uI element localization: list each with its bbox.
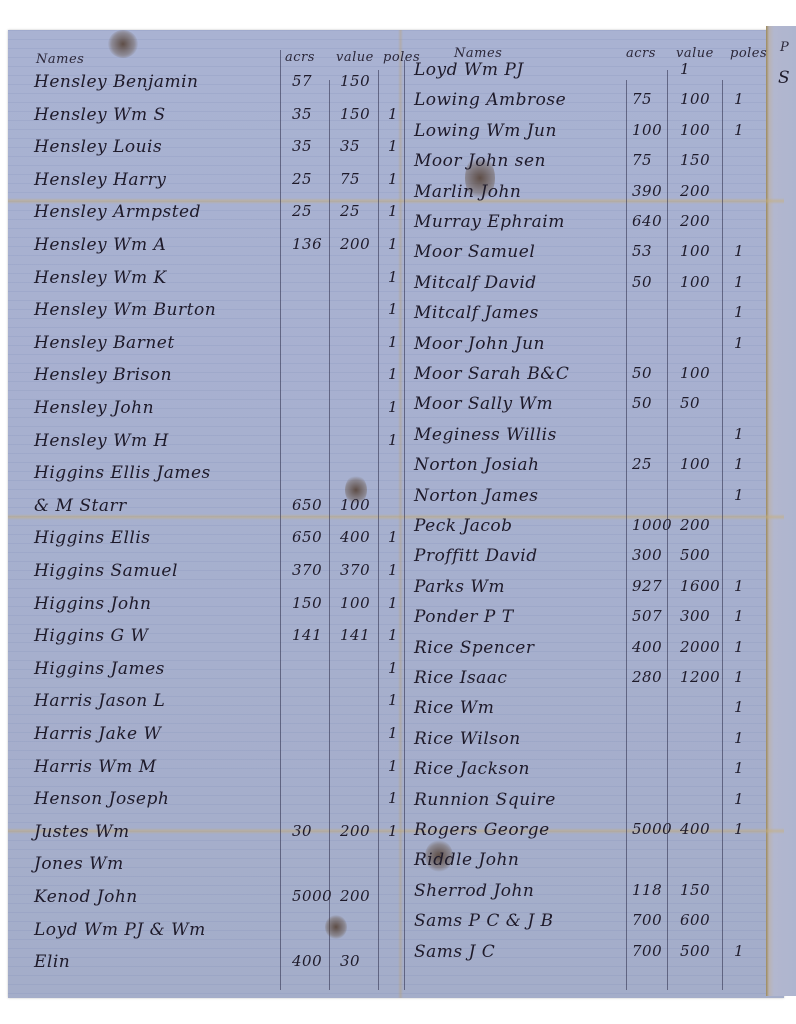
row-acres: 30: [292, 822, 312, 840]
row-acres: 75: [632, 151, 652, 169]
header-names: Names: [36, 52, 84, 67]
row-value: 150: [340, 105, 370, 123]
row-name: Hensley Wm Burton: [34, 300, 216, 320]
row-acres: 390: [632, 182, 662, 200]
paper-fold: [398, 30, 403, 998]
row-polls: 1: [734, 638, 744, 656]
row-polls: 1: [734, 577, 744, 595]
row-polls: 1: [388, 170, 398, 188]
row-polls: 1: [388, 137, 398, 155]
row-acres: 100: [632, 121, 662, 139]
row-polls: 1: [388, 594, 398, 612]
row-name: Higgins Samuel: [34, 561, 178, 581]
row-polls: 1: [734, 820, 744, 838]
row-name: Higgins John: [34, 594, 152, 614]
row-value: 1200: [680, 668, 720, 686]
row-value: 300: [680, 607, 710, 625]
row-value: 100: [680, 273, 710, 291]
column-rule: [329, 80, 330, 990]
row-value: 400: [680, 820, 710, 838]
row-acres: 700: [632, 942, 662, 960]
row-value: 200: [680, 516, 710, 534]
row-name: Harris Jason L: [34, 691, 165, 711]
row-name: Higgins James: [34, 659, 165, 679]
row-acres: 640: [632, 212, 662, 230]
row-polls: 1: [734, 273, 744, 291]
row-value: 200: [340, 822, 370, 840]
row-name: Proffitt David: [414, 546, 538, 566]
row-value: 200: [340, 887, 370, 905]
row-acres: 25: [292, 170, 312, 188]
next-page-fragment: P: [780, 40, 789, 55]
row-name: Rice Isaac: [414, 668, 507, 688]
row-acres: 650: [292, 496, 322, 514]
row-name: Norton James: [414, 486, 539, 506]
row-value: 75: [340, 170, 360, 188]
row-name: Hensley Harry: [34, 170, 166, 190]
row-name: Moor Sarah B&C: [414, 364, 569, 384]
row-acres: 507: [632, 607, 662, 625]
row-acres: 136: [292, 235, 322, 253]
row-polls: 1: [734, 759, 744, 777]
row-polls: 1: [388, 268, 398, 286]
row-value: 100: [680, 364, 710, 382]
row-acres: 35: [292, 137, 312, 155]
row-acres: 53: [632, 242, 652, 260]
next-page-edge: P S: [766, 26, 796, 996]
row-value: 1600: [680, 577, 720, 595]
row-value: 200: [340, 235, 370, 253]
row-polls: 1: [388, 789, 398, 807]
row-value: 400: [340, 528, 370, 546]
row-acres: 50: [632, 394, 652, 412]
row-value: 200: [680, 212, 710, 230]
row-acres: 5000: [632, 820, 672, 838]
row-polls: 1: [734, 942, 744, 960]
row-polls: 1: [388, 822, 398, 840]
row-acres: 300: [632, 546, 662, 564]
row-name: Parks Wm: [414, 577, 505, 597]
ink-stain: [108, 30, 138, 58]
row-name: Mitcalf James: [414, 303, 539, 323]
row-polls: 1: [388, 691, 398, 709]
row-polls: 1: [734, 121, 744, 139]
header-acres: acrs: [626, 46, 656, 61]
row-name: Riddle John: [414, 850, 519, 870]
row-name: Hensley Wm K: [34, 268, 167, 288]
row-value: 2000: [680, 638, 720, 656]
row-name: Hensley Wm A: [34, 235, 166, 255]
row-name: Henson Joseph: [34, 789, 169, 809]
row-value: 500: [680, 546, 710, 564]
row-value: 100: [340, 594, 370, 612]
column-rule: [280, 50, 281, 990]
row-name: Justes Wm: [34, 822, 130, 842]
row-name: Hensley Armpsted: [34, 202, 201, 222]
row-acres: 75: [632, 90, 652, 108]
row-name: Rogers George: [414, 820, 550, 840]
header-value: value: [336, 50, 374, 65]
column-rule: [626, 80, 627, 990]
header-polls: poles: [730, 46, 767, 61]
row-polls: 1: [388, 528, 398, 546]
ink-stain: [325, 915, 347, 939]
row-polls: 1: [734, 334, 744, 352]
row-name: Higgins G W: [34, 626, 149, 646]
row-polls: 1: [388, 105, 398, 123]
row-name: Hensley Wm S: [34, 105, 166, 125]
row-polls: 1: [388, 431, 398, 449]
row-polls: 1: [388, 626, 398, 644]
row-value: 1: [680, 60, 690, 78]
row-polls: 1: [388, 561, 398, 579]
row-name: Rice Spencer: [414, 638, 534, 658]
header-value: value: [676, 46, 714, 61]
row-name: Moor John sen: [414, 151, 546, 171]
row-polls: 1: [734, 668, 744, 686]
row-acres: 50: [632, 364, 652, 382]
row-name: Sherrod John: [414, 881, 534, 901]
column-rule: [404, 60, 405, 990]
row-name: Moor Samuel: [414, 242, 535, 262]
row-name: Hensley Benjamin: [34, 72, 198, 92]
row-value: 100: [340, 496, 370, 514]
next-page-fragment: S: [778, 68, 790, 88]
row-name: Loyd Wm PJ: [414, 60, 524, 80]
row-polls: 1: [734, 303, 744, 321]
header-names: Names: [454, 46, 502, 61]
row-name: Peck Jacob: [414, 516, 513, 536]
row-value: 150: [340, 72, 370, 90]
row-polls: 1: [388, 235, 398, 253]
row-name: Rice Jackson: [414, 759, 530, 779]
row-value: 35: [340, 137, 360, 155]
row-acres: 25: [632, 455, 652, 473]
row-polls: 1: [388, 365, 398, 383]
row-acres: 400: [632, 638, 662, 656]
row-polls: 1: [388, 398, 398, 416]
row-polls: 1: [734, 455, 744, 473]
row-polls: 1: [734, 607, 744, 625]
row-acres: 280: [632, 668, 662, 686]
row-value: 200: [680, 182, 710, 200]
row-name: Murray Ephraim: [414, 212, 565, 232]
row-name: Runnion Squire: [414, 790, 556, 810]
row-polls: 1: [734, 698, 744, 716]
row-name: Harris Wm M: [34, 757, 157, 777]
row-acres: 118: [632, 881, 662, 899]
row-acres: 927: [632, 577, 662, 595]
row-acres: 5000: [292, 887, 332, 905]
column-rule: [378, 70, 379, 990]
row-name: Elin: [34, 952, 70, 972]
row-name: Rice Wilson: [414, 729, 521, 749]
row-name: Loyd Wm PJ & Wm: [34, 920, 206, 940]
row-name: Sams J C: [414, 942, 495, 962]
row-polls: 1: [388, 724, 398, 742]
row-polls: 1: [388, 757, 398, 775]
row-polls: 1: [388, 300, 398, 318]
row-acres: 650: [292, 528, 322, 546]
row-polls: 1: [734, 90, 744, 108]
row-acres: 150: [292, 594, 322, 612]
row-name: Hensley Louis: [34, 137, 162, 157]
row-name: Kenod John: [34, 887, 138, 907]
row-name: & M Starr: [34, 496, 127, 516]
row-acres: 141: [292, 626, 322, 644]
row-value: 100: [680, 242, 710, 260]
row-value: 141: [340, 626, 370, 644]
row-name: Hensley Brison: [34, 365, 172, 385]
row-polls: 1: [388, 659, 398, 677]
row-acres: 35: [292, 105, 312, 123]
row-acres: 700: [632, 911, 662, 929]
row-acres: 50: [632, 273, 652, 291]
row-name: Moor Sally Wm: [414, 394, 553, 414]
row-name: Hensley John: [34, 398, 154, 418]
row-acres: 400: [292, 952, 322, 970]
row-name: Moor John Jun: [414, 334, 545, 354]
row-name: Higgins Ellis: [34, 528, 151, 548]
row-polls: 1: [734, 790, 744, 808]
row-name: Hensley Wm H: [34, 431, 169, 451]
row-name: Higgins Ellis James: [34, 463, 211, 483]
row-polls: 1: [734, 242, 744, 260]
row-name: Lowing Ambrose: [414, 90, 566, 110]
row-value: 150: [680, 881, 710, 899]
row-value: 100: [680, 455, 710, 473]
column-rule: [722, 80, 723, 990]
row-name: Rice Wm: [414, 698, 494, 718]
row-acres: 57: [292, 72, 312, 90]
row-value: 600: [680, 911, 710, 929]
row-acres: 25: [292, 202, 312, 220]
row-name: Jones Wm: [34, 854, 124, 874]
row-polls: 1: [734, 486, 744, 504]
row-value: 150: [680, 151, 710, 169]
row-name: Norton Josiah: [414, 455, 539, 475]
row-name: Harris Jake W: [34, 724, 161, 744]
row-name: Sams P C & J B: [414, 911, 554, 931]
row-value: 500: [680, 942, 710, 960]
row-polls: 1: [388, 202, 398, 220]
row-name: Mitcalf David: [414, 273, 537, 293]
row-value: 25: [340, 202, 360, 220]
row-acres: 1000: [632, 516, 672, 534]
row-name: Meginess Willis: [414, 425, 557, 445]
row-acres: 370: [292, 561, 322, 579]
row-name: Lowing Wm Jun: [414, 121, 557, 141]
row-name: Ponder P T: [414, 607, 514, 627]
row-value: 100: [680, 90, 710, 108]
row-polls: 1: [388, 333, 398, 351]
row-polls: 1: [734, 729, 744, 747]
row-value: 370: [340, 561, 370, 579]
header-acres: acrs: [285, 50, 315, 65]
row-value: 50: [680, 394, 700, 412]
row-value: 30: [340, 952, 360, 970]
row-value: 100: [680, 121, 710, 139]
row-name: Hensley Barnet: [34, 333, 175, 353]
row-name: Marlin John: [414, 182, 521, 202]
row-polls: 1: [734, 425, 744, 443]
